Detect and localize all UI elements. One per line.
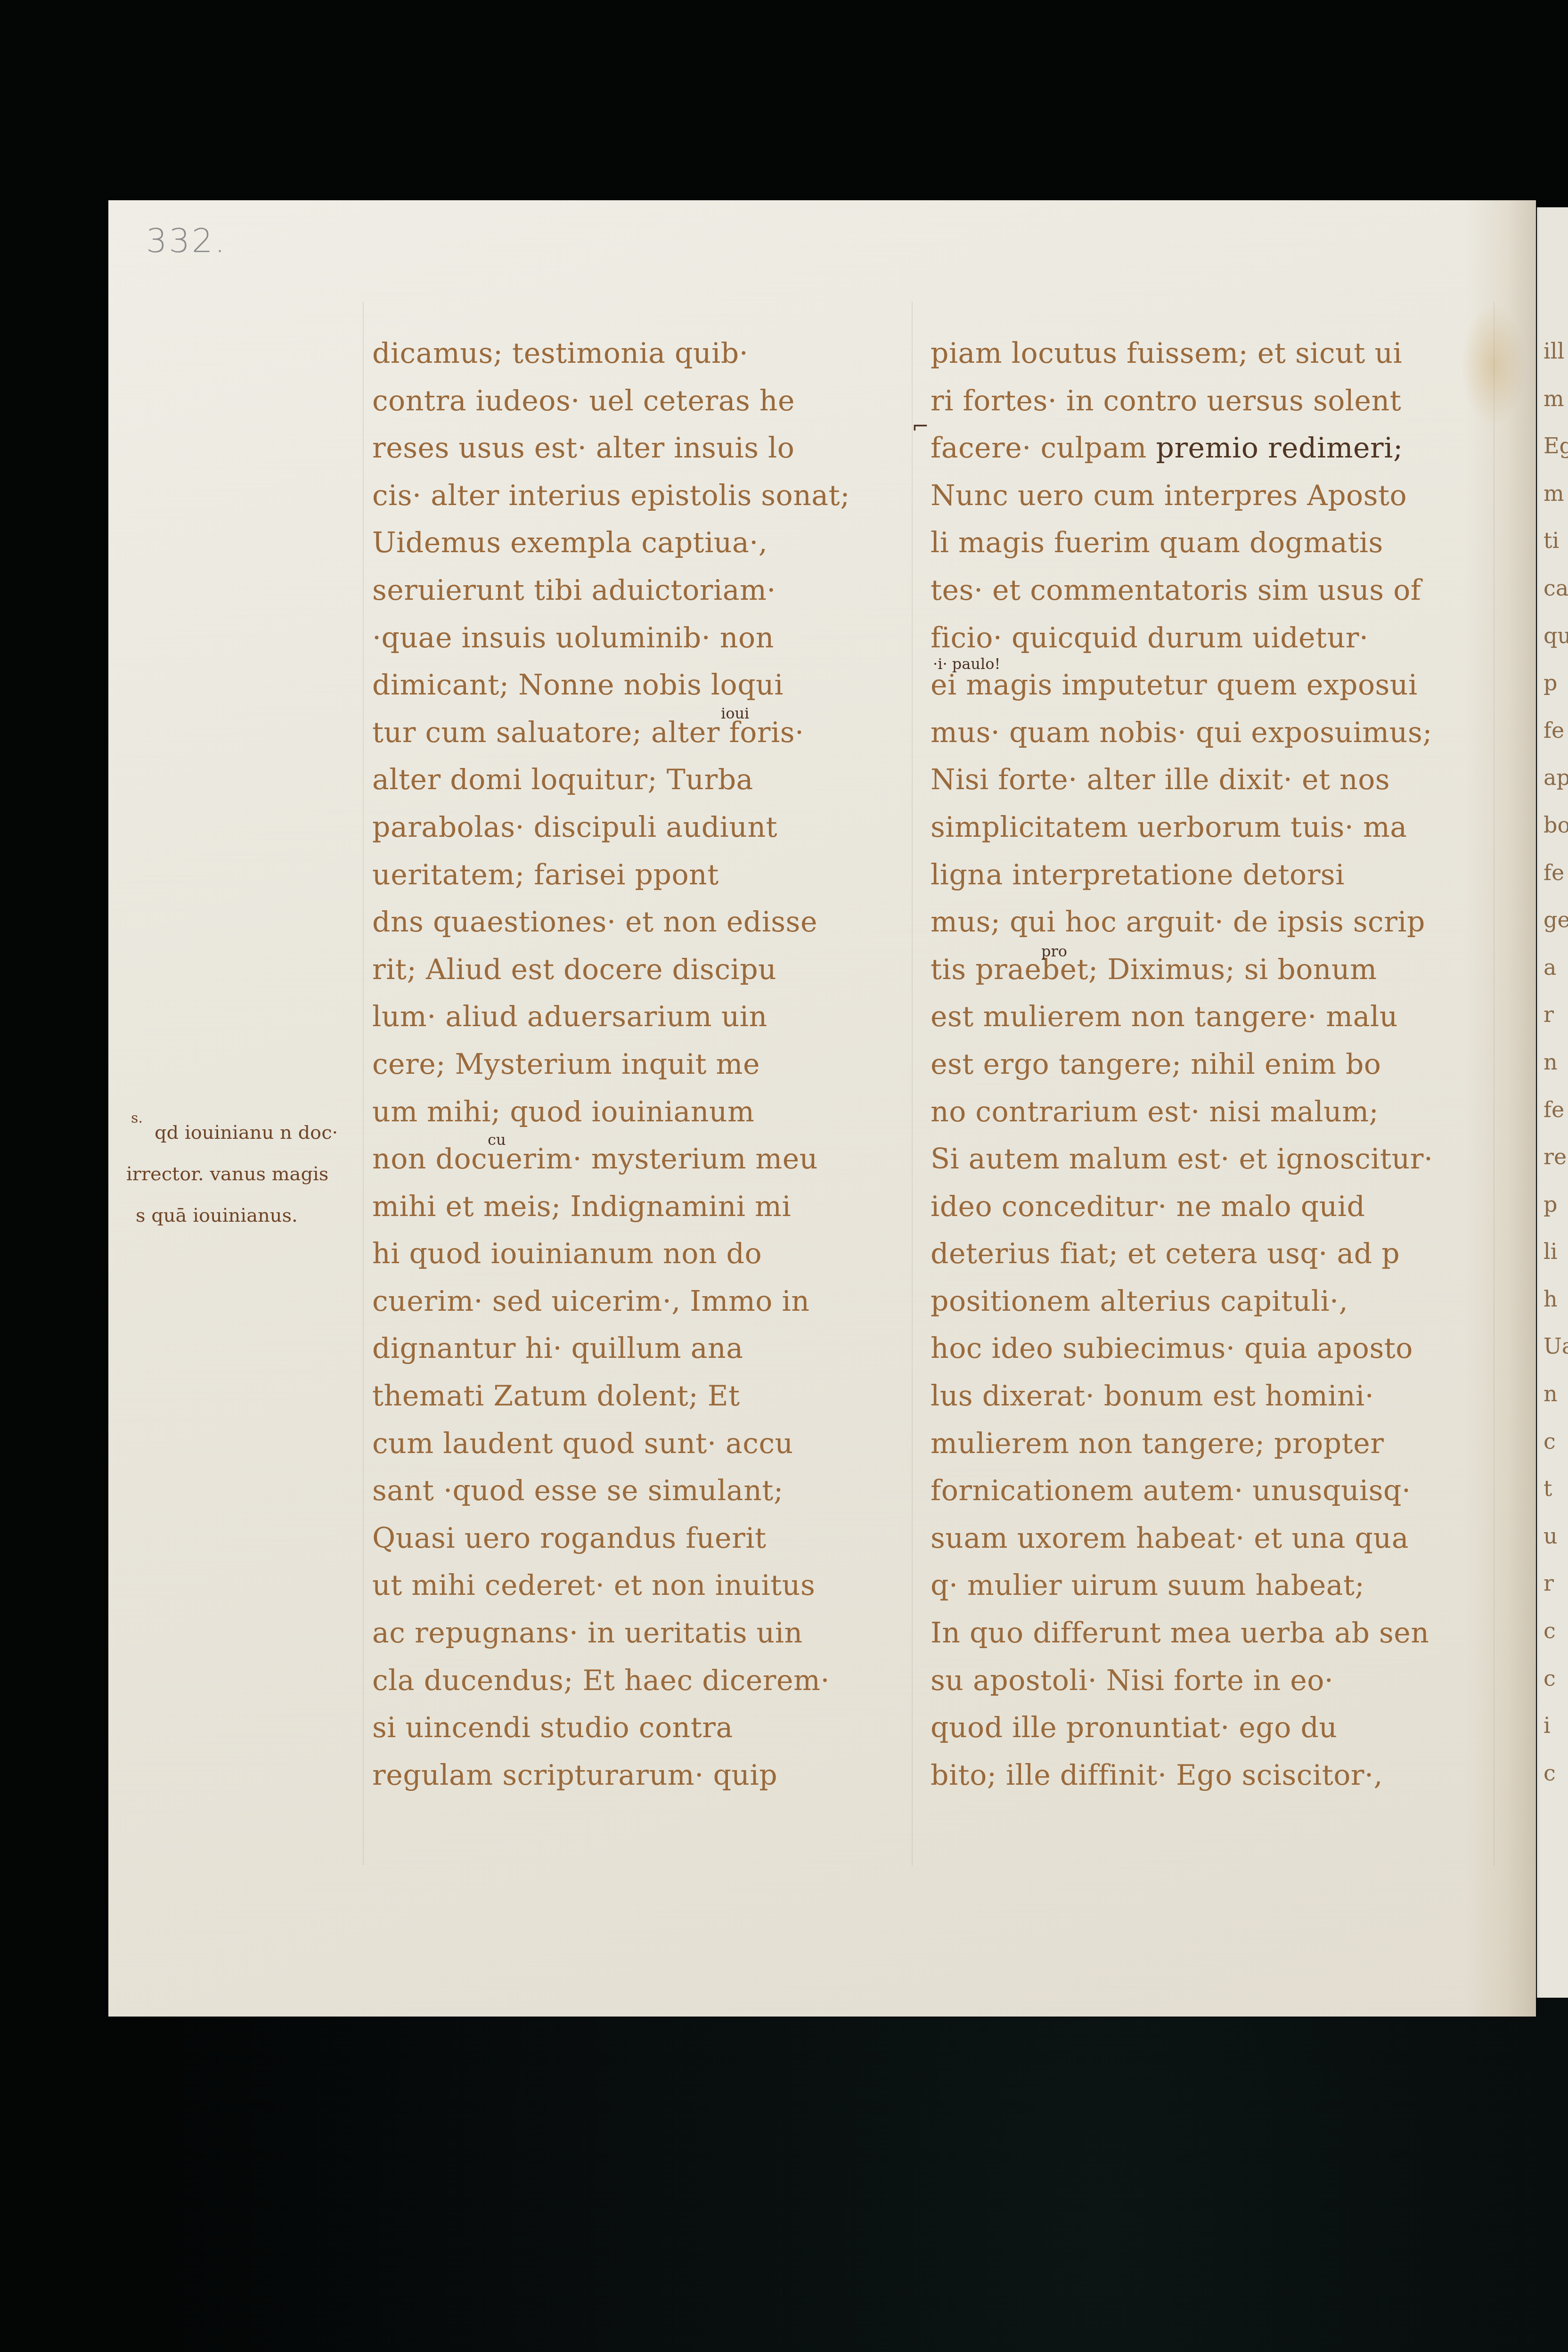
text-line: deterius fiat; et cetera usq· ad p [931,1230,1496,1278]
next-page-fragment: c [1537,1607,1568,1655]
next-page-fragment: r [1537,991,1568,1038]
text-line: cla ducendus; Et haec dicerem· [372,1657,914,1705]
next-page-fragment: p [1537,1181,1568,1228]
next-page-fragment: c [1537,1749,1568,1797]
next-page-fragment: h [1537,1275,1568,1323]
text-line: mus; qui hoc arguit· de ipsis scrip [931,898,1496,946]
text-line: ficio· quicquid durum uidetur· [931,614,1496,662]
next-page-fragment: ill [1537,327,1568,375]
text-line: themati Zatum dolent; Et [372,1372,914,1420]
text-line: dns quaestiones· et non edisse [372,898,914,946]
right-text-column: piam locutus fuissem; et sicut uiri fort… [931,330,1496,1799]
text-line: mus· quam nobis· qui exposuimus; [931,709,1496,757]
text-line: ligna interpretatione detorsi [931,851,1496,899]
text-line: simplicitatem uerborum tuis· ma [931,804,1496,851]
next-page-fragment: bo [1537,801,1568,849]
next-page-fragment: n [1537,1370,1568,1418]
text-line: sant ·quod esse se simulant; [372,1467,914,1515]
text-line: alter domi loquitur; Turba [372,756,914,804]
text-line: fornicationem autem· unusquisq· [931,1467,1496,1515]
margin-note-line: s quā iouinianus. [126,1195,371,1236]
next-page-fragment: m [1537,470,1568,517]
interlinear-gloss: cu [488,1131,506,1149]
margin-note-sign: s. [131,1098,143,1139]
text-line: cuerim· sed uicerim·, Immo in [372,1278,914,1325]
next-page-fragment: a [1537,944,1568,991]
text-line: suam uxorem habeat· et una qua [931,1515,1496,1562]
next-page-fragment: Ua [1537,1323,1568,1370]
next-page-fragment: p [1537,659,1568,707]
next-page-fragment: ca [1537,564,1568,612]
text-line: ·quae insuis uoluminib· non [372,614,914,662]
next-page-fragment: ge [1537,896,1568,944]
text-line: Uidemus exempla captiua·, [372,519,914,567]
text-line: est mulierem non tangere· malu [931,993,1496,1041]
margin-note-line: qd iouinianu n doc· [126,1112,371,1153]
text-line: cis· alter interius epistolis sonat; [372,472,914,520]
next-page-fragment: fe [1537,707,1568,754]
interlinear-gloss: ioui [721,704,749,722]
text-line: piam locutus fuissem; et sicut ui [931,330,1496,377]
text-line: dimicant; Nonne nobis loqui [372,661,914,709]
text-line: cere; Mysterium inquit me [372,1041,914,1088]
next-page-fragment: fe [1537,1086,1568,1134]
text-line: contra iudeos· uel ceteras he [372,377,914,425]
text-line: bito; ille diffinit· Ego sciscitor·, [931,1752,1496,1799]
text-line: dignantur hi· quillum ana [372,1325,914,1372]
text-line: hoc ideo subiecimus· quia aposto [931,1325,1496,1372]
text-line: mihi et meis; Indignamini mi [372,1183,914,1231]
text-line: ideo conceditur· ne malo quid [931,1183,1496,1231]
text-line: facere· culpam premio redimeri; [931,425,1496,472]
text-line: non docuerim· mysterium meu [372,1135,914,1183]
next-page-fragment: Eg [1537,422,1568,470]
text-line: ei magis imputetur quem exposui [931,661,1496,709]
text-line: Quasi uero rogandus fuerit [372,1515,914,1562]
next-page-fragment: c [1537,1418,1568,1465]
next-page-fragment: i [1537,1702,1568,1749]
next-page-text-fragments: illmEgmticaqupfeapbofegearnfereplihUanct… [1537,327,1568,1797]
next-page-fragment: t [1537,1465,1568,1512]
folio-number: 332. [146,221,227,260]
text-line: ri fortes· in contro uersus solent [931,377,1496,425]
text-line: tes· et commentatoris sim usus of [931,567,1496,614]
text-line: li magis fuerim quam dogmatis [931,519,1496,567]
text-line: lum· aliud aduersarium uin [372,993,914,1041]
next-page-fragment: qu [1537,612,1568,660]
next-page-fragment: ap [1537,754,1568,801]
text-line: tur cum saluatore; alter foris· [372,709,914,757]
next-page-fragment: fe [1537,849,1568,897]
text-line: si uincendi studio contra [372,1704,914,1752]
ruling-line-left-column [363,302,364,1866]
next-page-fragment: ti [1537,517,1568,564]
text-line: reses usus est· alter insuis lo [372,425,914,472]
next-page-fragment: n [1537,1038,1568,1086]
text-line: positionem alterius capituli·, [931,1278,1496,1325]
next-page-fragment: re [1537,1133,1568,1181]
text-line: regulam scripturarum· quip [372,1752,914,1799]
interlinear-gloss: pro [1041,942,1067,960]
text-line: ut mihi cederet· et non inuitus [372,1562,914,1609]
marginal-insertion-mark: ⌐ [912,415,929,439]
text-line: tis praebet; Diximus; si bonum [931,946,1496,994]
text-line: In quo differunt mea uerba ab sen [931,1609,1496,1657]
text-line: q· mulier uirum suum habeat; [931,1562,1496,1609]
text-line: rit; Aliud est docere discipu [372,946,914,994]
text-line: ueritatem; farisei ppont [372,851,914,899]
text-line: su apostoli· Nisi forte in eo· [931,1657,1496,1705]
interlinear-gloss: ·i· paulo! [933,655,1000,673]
text-line: um mihi; quod iouinianum [372,1088,914,1136]
next-page-fragment: c [1537,1655,1568,1702]
text-line: lus dixerat· bonum est homini· [931,1372,1496,1420]
margin-note-line: irrector. vanus magis [126,1153,371,1195]
text-line: ac repugnans· in ueritatis uin [372,1609,914,1657]
next-page-fragment: li [1537,1228,1568,1275]
margin-note: s. qd iouinianu n doc· irrector. vanus m… [126,1112,371,1236]
next-page-fragment: m [1537,375,1568,423]
text-line: parabolas· discipuli audiunt [372,804,914,851]
text-line: seruierunt tibi aduictoriam· [372,567,914,614]
dark-ink-correction: premio redimeri; [1156,432,1403,465]
text-line: est ergo tangere; nihil enim bo [931,1041,1496,1088]
text-line: hi quod iouinianum non do [372,1230,914,1278]
text-line: dicamus; testimonia quib· [372,330,914,377]
left-text-column: dicamus; testimonia quib·contra iudeos· … [372,330,914,1799]
next-page-fragment: u [1537,1512,1568,1560]
text-line: no contrarium est· nisi malum; [931,1088,1496,1136]
text-line: Nunc uero cum interpres Aposto [931,472,1496,520]
text-line: Nisi forte· alter ille dixit· et nos [931,756,1496,804]
text-line: mulierem non tangere; propter [931,1420,1496,1468]
text-line: cum laudent quod sunt· accu [372,1420,914,1468]
text-line: quod ille pronuntiat· ego du [931,1704,1496,1752]
text-line: Si autem malum est· et ignoscitur· [931,1135,1496,1183]
next-page-fragment: r [1537,1560,1568,1607]
next-page-edge: illmEgmticaqupfeapbofegearnfereplihUanct… [1537,207,1568,1998]
